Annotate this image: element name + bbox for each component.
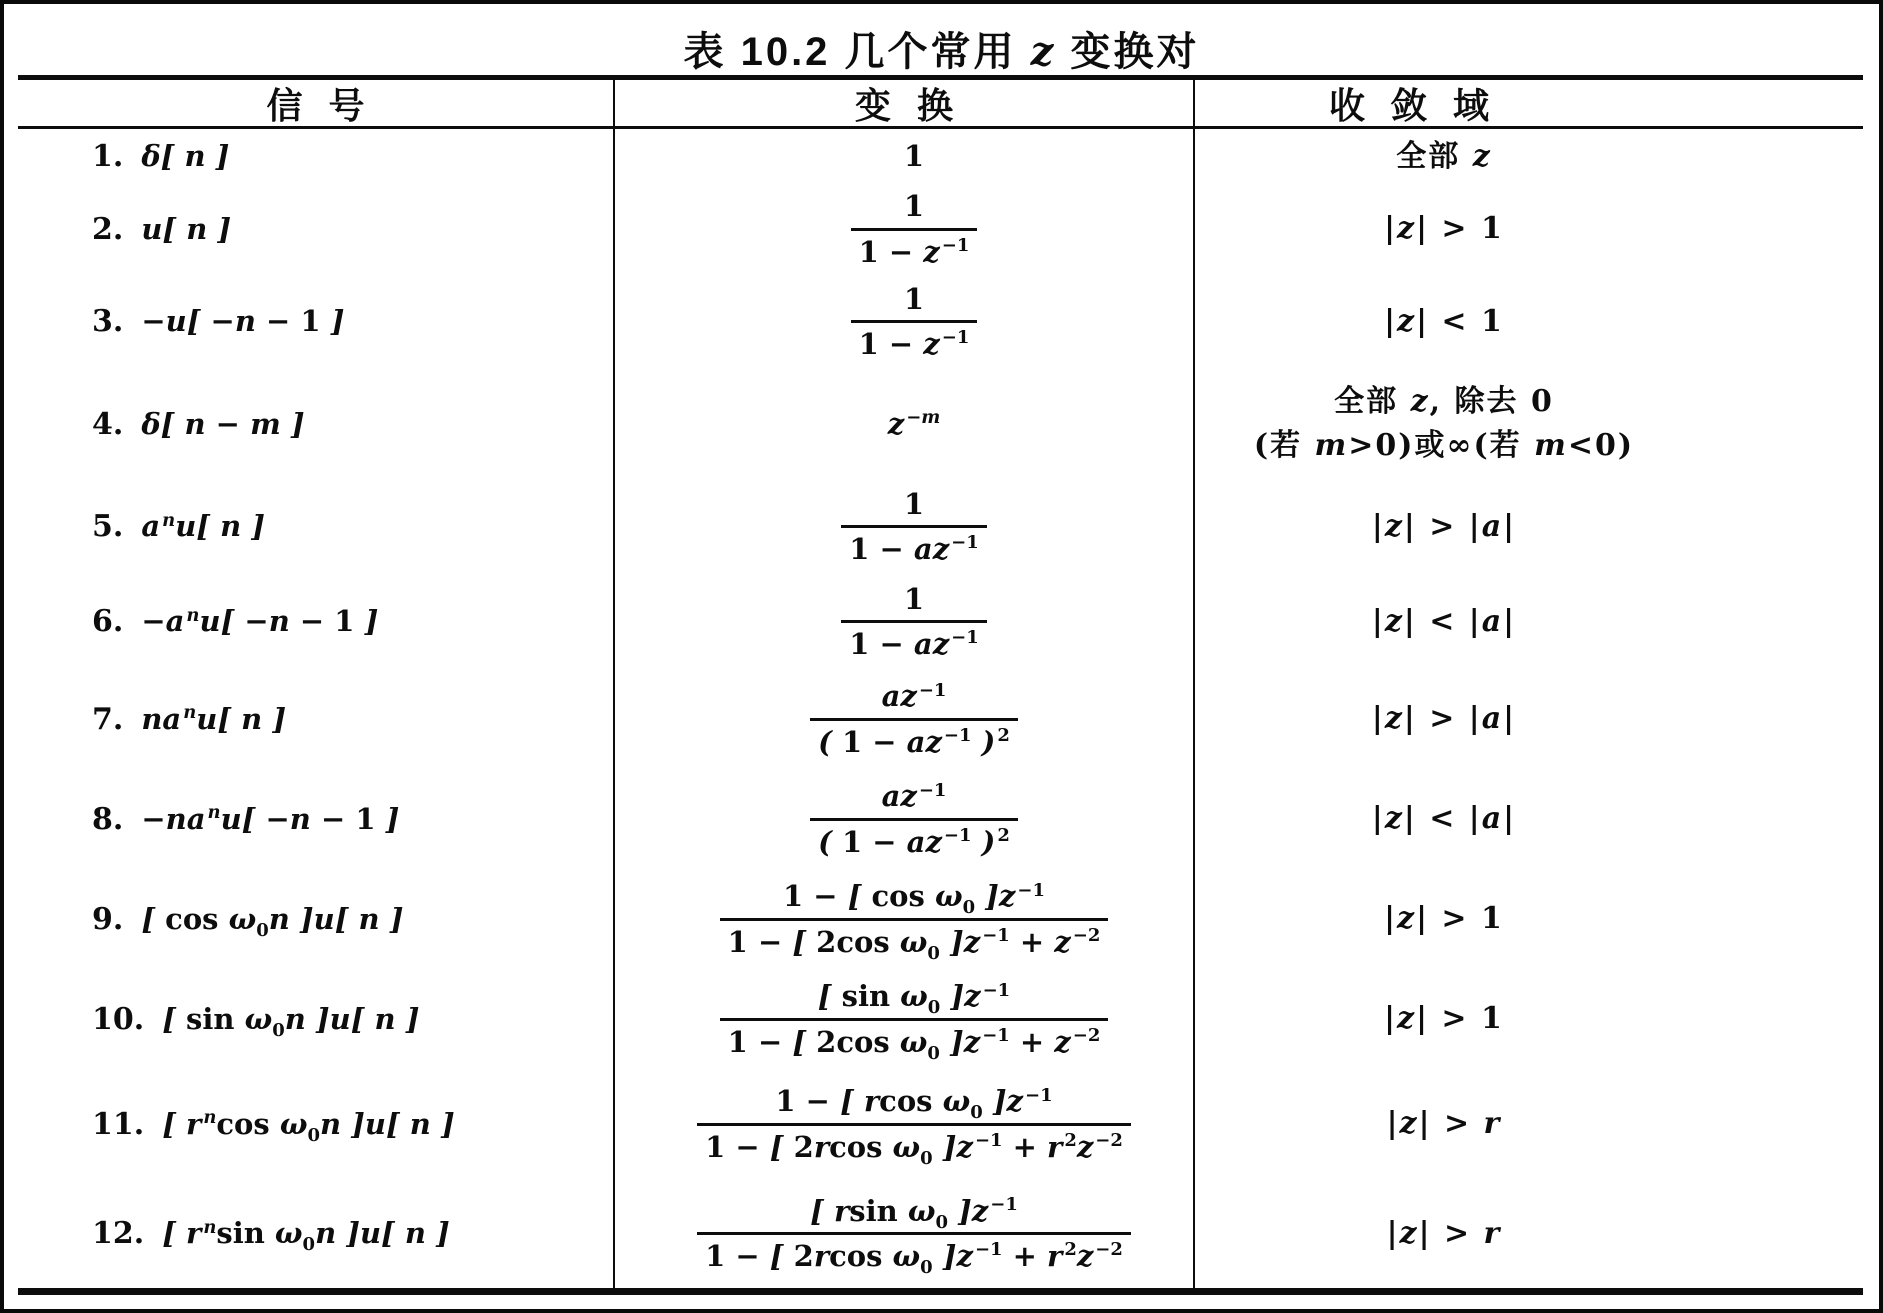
fraction-bar — [810, 718, 1018, 721]
transform-cell: 1 − [ rcos ω0 ]z−11 − [ 2rcos ω0 ]z−1 + … — [615, 1069, 1195, 1179]
row-number: 12. — [92, 1216, 144, 1251]
roc-cell: |z| < 1 — [1195, 274, 1863, 369]
fraction-numerator: [ sin ω0 ]z−1 — [810, 978, 1018, 1014]
table-row: 8.−nanu[ −n − 1 ]az−1( 1 − az−1 )2|z| < … — [18, 769, 1863, 869]
row-number: 9. — [92, 902, 123, 937]
fraction-denominator: 1 − az−1 — [841, 626, 987, 662]
signal-cell: 6.−anu[ −n − 1 ] — [18, 574, 615, 669]
table-header-row: 信号 变换 收敛域 — [18, 80, 1863, 129]
transform-fraction: 11 − z−1 — [851, 188, 978, 270]
roc-text: 全部 z — [1396, 135, 1492, 179]
roc-cell: |z| < |a| — [1195, 769, 1863, 869]
z-transform-table: 信号 变换 收敛域 1.δ[ n ]1全部 z2.u[ n ]11 − z−1|… — [18, 75, 1863, 1295]
fraction-bar — [841, 620, 987, 623]
transform-fraction: 1 − [ cos ω0 ]z−11 − [ 2cos ω0 ]z−1 + z−… — [720, 878, 1109, 960]
signal-cell: 9.[ cos ω0n ]u[ n ] — [18, 869, 615, 969]
fraction-numerator: 1 — [896, 281, 932, 317]
table-row: 2.u[ n ]11 − z−1|z| > 1 — [18, 184, 1863, 274]
transform-fraction: az−1( 1 − az−1 )2 — [810, 778, 1018, 860]
signal-formula: u[ n ] — [141, 211, 231, 247]
roc-text: |z| < |a| — [1372, 600, 1516, 644]
table-row: 10.[ sin ω0n ]u[ n ][ sin ω0 ]z−11 − [ 2… — [18, 969, 1863, 1069]
roc-cell: |z| > r — [1195, 1179, 1863, 1288]
roc-text: |z| > 1 — [1384, 997, 1504, 1041]
fraction-numerator: 1 − [ cos ω0 ]z−1 — [775, 878, 1053, 914]
header-signal: 信号 — [18, 80, 615, 126]
roc-cell: |z| > |a| — [1195, 669, 1863, 769]
roc-text: |z| < |a| — [1372, 797, 1516, 841]
transform-cell: 1 − [ cos ω0 ]z−11 − [ 2cos ω0 ]z−1 + z−… — [615, 869, 1195, 969]
roc-cell: 全部 z — [1195, 129, 1863, 184]
row-number: 2. — [92, 212, 123, 247]
fraction-denominator: 1 − z−1 — [851, 234, 978, 270]
table-body: 1.δ[ n ]1全部 z2.u[ n ]11 − z−1|z| > 13.−u… — [18, 129, 1863, 1288]
fraction-bar — [851, 228, 978, 231]
transform-fraction: 1 − [ rcos ω0 ]z−11 − [ 2rcos ω0 ]z−1 + … — [697, 1083, 1131, 1165]
signal-formula: δ[ n − m ] — [141, 406, 304, 442]
signal-cell: 3.−u[ −n − 1 ] — [18, 274, 615, 369]
fraction-numerator: az−1 — [874, 778, 955, 814]
transform-cell: 11 − z−1 — [615, 184, 1195, 274]
header-roc-label: 收敛域 — [1303, 78, 1515, 129]
roc-cell: |z| > 1 — [1195, 184, 1863, 274]
page-title: 表 10.2 几个常用 z 变换对 — [0, 20, 1883, 77]
fraction-bar — [810, 818, 1018, 821]
roc-cell: |z| > 1 — [1195, 969, 1863, 1069]
fraction-bar — [720, 918, 1109, 921]
roc-cell: |z| > r — [1195, 1069, 1863, 1179]
transform-formula: z−m — [888, 406, 941, 442]
signal-formula: nanu[ n ] — [141, 701, 286, 737]
transform-cell: [ rsin ω0 ]z−11 − [ 2rcos ω0 ]z−1 + r2z−… — [615, 1179, 1195, 1288]
signal-cell: 4.δ[ n − m ] — [18, 369, 615, 479]
table-row: 9.[ cos ω0n ]u[ n ]1 − [ cos ω0 ]z−11 − … — [18, 869, 1863, 969]
fraction-bar — [697, 1232, 1131, 1235]
signal-formula: anu[ n ] — [141, 508, 265, 544]
signal-cell: 8.−nanu[ −n − 1 ] — [18, 769, 615, 869]
transform-cell: [ sin ω0 ]z−11 − [ 2cos ω0 ]z−1 + z−2 — [615, 969, 1195, 1069]
signal-cell: 1.δ[ n ] — [18, 129, 615, 184]
fraction-numerator: [ rsin ω0 ]z−1 — [802, 1193, 1026, 1229]
row-number: 1. — [92, 139, 123, 174]
transform-fraction: [ sin ω0 ]z−11 − [ 2cos ω0 ]z−1 + z−2 — [720, 978, 1109, 1060]
roc-cell: |z| < |a| — [1195, 574, 1863, 669]
row-number: 6. — [92, 604, 123, 639]
transform-fraction: 11 − az−1 — [841, 486, 987, 568]
table-row: 1.δ[ n ]1全部 z — [18, 129, 1863, 184]
fraction-bar — [697, 1123, 1131, 1126]
header-transform-label: 变换 — [829, 78, 979, 129]
signal-formula: −anu[ −n − 1 ] — [141, 603, 378, 639]
signal-formula: δ[ n ] — [141, 138, 229, 174]
roc-cell: |z| > |a| — [1195, 479, 1863, 574]
roc-text: |z| > r — [1387, 1212, 1502, 1256]
fraction-numerator: 1 — [896, 486, 932, 522]
row-number: 4. — [92, 407, 123, 442]
roc-text: (若 m>0)或∞(若 m<0) — [1254, 424, 1634, 468]
roc-text: |z| > |a| — [1372, 505, 1516, 549]
transform-fraction: 11 − az−1 — [841, 581, 987, 663]
fraction-denominator: ( 1 − az−1 )2 — [810, 824, 1018, 860]
fraction-denominator: 1 − az−1 — [841, 531, 987, 567]
fraction-denominator: ( 1 − az−1 )2 — [810, 724, 1018, 760]
fraction-bar — [841, 525, 987, 528]
transform-cell: 11 − az−1 — [615, 574, 1195, 669]
table-row: 12.[ rnsin ω0n ]u[ n ][ rsin ω0 ]z−11 − … — [18, 1179, 1863, 1288]
transform-fraction: [ rsin ω0 ]z−11 − [ 2rcos ω0 ]z−1 + r2z−… — [697, 1193, 1131, 1275]
roc-cell: |z| > 1 — [1195, 869, 1863, 969]
fraction-denominator: 1 − z−1 — [851, 326, 978, 362]
table-row: 4.δ[ n − m ]z−m全部 z, 除去 0(若 m>0)或∞(若 m<0… — [18, 369, 1863, 479]
fraction-denominator: 1 − [ 2cos ω0 ]z−1 + z−2 — [720, 1024, 1109, 1060]
transform-cell: az−1( 1 − az−1 )2 — [615, 669, 1195, 769]
fraction-denominator: 1 − [ 2rcos ω0 ]z−1 + r2z−2 — [697, 1129, 1131, 1165]
fraction-denominator: 1 − [ 2cos ω0 ]z−1 + z−2 — [720, 924, 1109, 960]
roc-text: |z| > 1 — [1384, 897, 1504, 941]
table-row: 11.[ rncos ω0n ]u[ n ]1 − [ rcos ω0 ]z−1… — [18, 1069, 1863, 1179]
signal-formula: −nanu[ −n − 1 ] — [141, 801, 399, 837]
fraction-denominator: 1 − [ 2rcos ω0 ]z−1 + r2z−2 — [697, 1238, 1131, 1274]
signal-formula: [ rnsin ω0n ]u[ n ] — [162, 1215, 450, 1251]
fraction-bar — [720, 1018, 1109, 1021]
table-row: 5.anu[ n ]11 − az−1|z| > |a| — [18, 479, 1863, 574]
roc-text: |z| > 1 — [1384, 207, 1504, 251]
signal-cell: 10.[ sin ω0n ]u[ n ] — [18, 969, 615, 1069]
signal-cell: 12.[ rnsin ω0n ]u[ n ] — [18, 1179, 615, 1288]
signal-cell: 2.u[ n ] — [18, 184, 615, 274]
fraction-numerator: 1 − [ rcos ω0 ]z−1 — [767, 1083, 1060, 1119]
transform-cell: z−m — [615, 369, 1195, 479]
table-row: 3.−u[ −n − 1 ]11 − z−1|z| < 1 — [18, 274, 1863, 369]
transform-cell: az−1( 1 − az−1 )2 — [615, 769, 1195, 869]
transform-fraction: 11 − z−1 — [851, 281, 978, 363]
header-transform: 变换 — [615, 80, 1195, 126]
roc-text: |z| > r — [1387, 1102, 1502, 1146]
transform-cell: 11 − z−1 — [615, 274, 1195, 369]
signal-cell: 5.anu[ n ] — [18, 479, 615, 574]
fraction-numerator: 1 — [896, 581, 932, 617]
fraction-numerator: az−1 — [874, 678, 955, 714]
row-number: 10. — [92, 1002, 144, 1037]
roc-cell: 全部 z, 除去 0(若 m>0)或∞(若 m<0) — [1195, 369, 1863, 479]
transform-formula: 1 — [904, 138, 924, 174]
header-signal-label: 信号 — [240, 78, 390, 129]
scanned-page: 表 10.2 几个常用 z 变换对 信号 变换 收敛域 1.δ[ n ]1全部 … — [0, 0, 1883, 1313]
signal-formula: −u[ −n − 1 ] — [141, 303, 344, 339]
row-number: 11. — [92, 1107, 144, 1142]
roc-text: |z| < 1 — [1384, 300, 1504, 344]
signal-formula: [ rncos ω0n ]u[ n ] — [162, 1106, 454, 1142]
row-number: 3. — [92, 304, 123, 339]
transform-cell: 1 — [615, 129, 1195, 184]
signal-cell: 11.[ rncos ω0n ]u[ n ] — [18, 1069, 615, 1179]
row-number: 7. — [92, 702, 123, 737]
fraction-bar — [851, 320, 978, 323]
signal-cell: 7.nanu[ n ] — [18, 669, 615, 769]
signal-formula: [ cos ω0n ]u[ n ] — [141, 901, 403, 937]
roc-text: 全部 z, 除去 0 — [1334, 380, 1554, 424]
transform-fraction: az−1( 1 − az−1 )2 — [810, 678, 1018, 760]
header-roc: 收敛域 — [1195, 80, 1863, 126]
roc-text: |z| > |a| — [1372, 697, 1516, 741]
row-number: 5. — [92, 509, 123, 544]
row-number: 8. — [92, 802, 123, 837]
transform-cell: 11 − az−1 — [615, 479, 1195, 574]
signal-formula: [ sin ω0n ]u[ n ] — [162, 1001, 419, 1037]
fraction-numerator: 1 — [896, 188, 932, 224]
table-row: 7.nanu[ n ]az−1( 1 − az−1 )2|z| > |a| — [18, 669, 1863, 769]
table-row: 6.−anu[ −n − 1 ]11 − az−1|z| < |a| — [18, 574, 1863, 669]
